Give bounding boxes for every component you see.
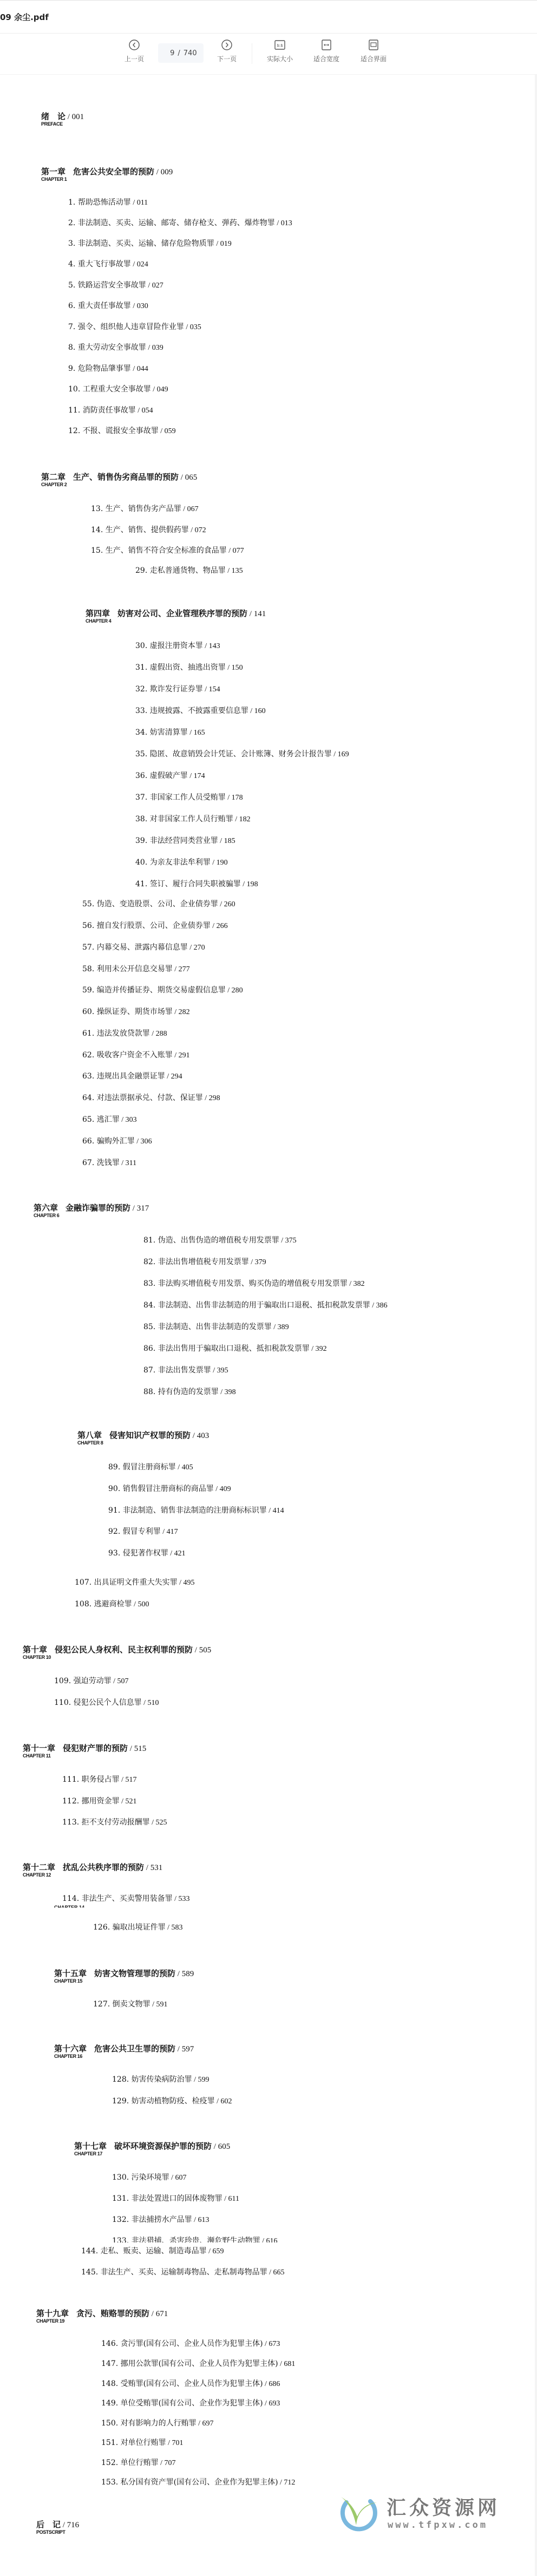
prev-page-label: 上一页 (125, 55, 144, 63)
toc-item[interactable]: 151. 对单位行贿罪 / 701 (101, 2437, 184, 2448)
item-title: 38. 对非国家工作人员行贿罪 (135, 815, 233, 823)
item-title: 111. 职务侵占罪 (62, 1775, 120, 1784)
toc-item[interactable]: 92. 假冒专利罪 / 417 (108, 1526, 178, 1537)
item-page: / 260 (218, 900, 235, 908)
item-title: 83. 非法购买增值税专用发票、购买伪造的增值税专用发票罪 (143, 1279, 348, 1288)
item-page: / 405 (176, 1463, 193, 1472)
item-title: 87. 非法出售发票罪 (143, 1366, 211, 1375)
item-title: 64. 对违法票据承兑、付款、保证罪 (82, 1094, 203, 1102)
item-title: 57. 内幕交易、泄露内幕信息罪 (82, 943, 188, 952)
toc-item[interactable]: 131. 非法处置进口的固体废物罪 / 611 (112, 2193, 239, 2204)
item-title: 88. 持有伪造的发票罪 (143, 1388, 219, 1396)
item-title: 4. 重大飞行事故罪 (68, 260, 131, 269)
watermark-name: 汇众资源网 (387, 2493, 500, 2520)
item-page: / 288 (150, 1030, 167, 1038)
toc-item[interactable]: 152. 单位行贿罪 / 707 (101, 2457, 176, 2468)
toc-item[interactable]: 1. 帮助恐怖活动罪 / 011 (68, 197, 148, 207)
item-page: / 182 (233, 815, 251, 823)
item-title: 55. 伪造、变造股票、公司、企业债券罪 (82, 900, 218, 908)
toc-item[interactable]: 87. 非法出售发票罪 / 395 (143, 1364, 228, 1375)
item-title: 58. 利用未公开信息交易罪 (82, 965, 173, 973)
toc-item[interactable]: 38. 对非国家工作人员行贿罪 / 182 (135, 813, 251, 824)
toc-item[interactable]: 15. 生产、销售不符合安全标准的食品罪 / 077 (91, 545, 244, 555)
chapter-title: 金融诈骗罪的预防 (66, 1203, 130, 1213)
watermark-logo-icon (335, 2489, 380, 2535)
chapter-title: 生产、销售伪劣商品罪的预防 (73, 472, 179, 482)
item-title: 12. 不报、谎报安全事故罪 (68, 427, 159, 435)
item-page: / 035 (184, 323, 201, 331)
toc-chapter-6[interactable]: 第六章金融诈骗罪的预防 / 317 CHAPTER 6 (34, 1202, 149, 1218)
item-page: / 712 (278, 2479, 296, 2487)
item-page: / 072 (189, 526, 206, 534)
toc-item[interactable]: 146. 贪污罪(国有公司、企业人员作为犯罪主体) / 673 (101, 2338, 280, 2349)
item-page: / 280 (226, 986, 243, 995)
toc-item[interactable]: 85. 非法制造、出售非法制造的发票罪 / 389 (143, 1321, 289, 1332)
item-page: / 019 (214, 240, 232, 248)
fit-page-label: 适合界面 (361, 55, 387, 63)
preface-en: PREFACE (41, 121, 84, 127)
toc-item[interactable]: 66. 骗购外汇罪 / 306 (82, 1135, 152, 1146)
toc-item[interactable]: 2. 非法制造、买卖、运输、邮寄、储存枪支、弹药、爆炸物罪 / 013 (68, 217, 292, 228)
item-title: 67. 洗钱罪 (82, 1159, 120, 1167)
item-title: 130. 污染环境罪 (112, 2173, 169, 2182)
item-title: 39. 非法经营同类营业罪 (135, 836, 218, 845)
item-page: / 392 (310, 1345, 327, 1353)
toc-item[interactable]: 107. 出具证明文件重大失实罪 / 495 (75, 1577, 195, 1587)
item-title: 15. 生产、销售不符合安全标准的食品罪 (91, 546, 227, 555)
item-title: 36. 虚假破产罪 (135, 772, 188, 780)
chapter-en: CHAPTER 10 (23, 1655, 211, 1660)
item-page: / 701 (166, 2439, 184, 2447)
item-page: / 611 (222, 2195, 239, 2203)
toc-item[interactable]: 126. 骗取出境证件罪 / 583 (93, 1921, 183, 1932)
item-title: 144. 走私、贩卖、运输、制造毒品罪 (81, 2247, 207, 2255)
item-page: / 409 (214, 1485, 231, 1493)
chapter-title: 妨害对公司、企业管理秩序罪的预防 (117, 609, 247, 618)
clipped-chapter-label: CHAPTER 14 (54, 1905, 84, 1910)
toc-item[interactable]: 37. 非国家工作人员受贿罪 / 178 (135, 792, 243, 802)
toc-item[interactable]: 91. 非法制造、销售非法制造的注册商标标识罪 / 414 (108, 1505, 284, 1515)
item-title: 81. 伪造、出售伪造的增值税专用发票罪 (143, 1236, 279, 1245)
toc-item[interactable]: 114. 非法生产、买卖警用装备罪 / 533 (62, 1893, 190, 1904)
item-page: / 517 (120, 1776, 137, 1784)
chapter-en: CHAPTER 2 (41, 482, 197, 487)
chapter-number: 第十七章 (74, 2141, 107, 2151)
fit-page-button[interactable]: 适合界面 (355, 39, 392, 71)
toc-item[interactable]: 82. 非法出售增值税专用发票罪 / 379 (143, 1256, 266, 1267)
toc-item[interactable]: 7. 强令、组织他人违章冒险作业罪 / 035 (68, 321, 201, 332)
fit-width-button[interactable]: 适合宽度 (307, 39, 345, 71)
item-page: / 417 (161, 1528, 178, 1536)
chapter-en: CHAPTER 11 (23, 1753, 146, 1758)
chapter-number: 第二章 (41, 472, 66, 482)
item-page: / 277 (173, 965, 190, 973)
toc-item[interactable]: 148. 受贿罪(国有公司、企业人员作为犯罪主体) / 686 (101, 2378, 280, 2389)
actual-size-icon: 1:1 (274, 39, 286, 51)
chapter-title: 危害公共安全罪的预防 (73, 167, 154, 176)
fit-page-icon (368, 39, 379, 51)
toc-chapter-16[interactable]: 第十六章危害公共卫生罪的预防 / 597 CHAPTER 16 (54, 2043, 194, 2059)
chapter-en: CHAPTER 15 (54, 1978, 194, 1984)
chapter-en: CHAPTER 8 (77, 1440, 209, 1446)
next-page-button[interactable]: 下一页 (208, 39, 246, 71)
next-page-label: 下一页 (217, 55, 237, 63)
item-page: / 507 (112, 1677, 129, 1685)
toc-item[interactable]: 109. 强迫劳动罪 / 507 (54, 1675, 129, 1686)
toc-item[interactable]: 132. 非法捕捞水产品罪 / 613 (112, 2214, 209, 2225)
toc-chapter-4[interactable]: 第四章妨害对公司、企业管理秩序罪的预防 / 141 CHAPTER 4 (86, 607, 266, 624)
page-separator: / (178, 49, 180, 57)
toc-item[interactable]: 41. 签订、履行合同失职被骗罪 / 198 (135, 878, 258, 889)
item-page: / 185 (218, 837, 235, 845)
toc-chapter-10[interactable]: 第十章侵犯公民人身权利、民主权利罪的预防 / 505 CHAPTER 10 (23, 1644, 211, 1660)
item-page: / 311 (120, 1159, 136, 1167)
item-title: 127. 倒卖文物罪 (93, 2000, 150, 2009)
chapter-en: CHAPTER 4 (86, 618, 266, 624)
chevron-left-circle-icon (128, 39, 140, 51)
chapter-page: / 403 (191, 1431, 209, 1440)
item-title: 8. 重大劳动安全事故罪 (68, 343, 146, 352)
toc-item[interactable]: 8. 重大劳动安全事故罪 / 039 (68, 342, 163, 352)
chapter-number: 第四章 (86, 609, 110, 618)
item-title: 113. 拒不支付劳动报酬罪 (62, 1818, 150, 1827)
item-page: / 613 (192, 2216, 209, 2224)
toc-item[interactable]: 5. 铁路运营安全事故罪 / 027 (68, 279, 163, 290)
chapter-page: / 505 (193, 1646, 211, 1655)
toc-item[interactable]: 55. 伪造、变造股票、公司、企业债券罪 / 260 (82, 898, 235, 909)
toc-item[interactable]: 61. 违法发放贷款罪 / 288 (82, 1028, 167, 1038)
toc-item[interactable]: 34. 妨害清算罪 / 165 (135, 727, 205, 737)
toc-chapter-8[interactable]: 第八章侵害知识产权罪的预防 / 403 CHAPTER 8 (77, 1429, 209, 1446)
toc-item[interactable]: 57. 内幕交易、泄露内幕信息罪 / 270 (82, 942, 205, 952)
item-page: / 525 (150, 1819, 167, 1827)
item-title: 66. 骗购外汇罪 (82, 1137, 135, 1146)
chapter-title: 侵犯财产罪的预防 (63, 1743, 128, 1753)
toc-item[interactable]: 110. 侵犯公民个人信息罪 / 510 (54, 1697, 159, 1708)
toc-item[interactable]: 113. 拒不支付劳动报酬罪 / 525 (62, 1816, 167, 1827)
item-title: 148. 受贿罪(国有公司、企业人员作为犯罪主体) (101, 2379, 263, 2388)
item-page: / 616 (260, 2237, 278, 2245)
toc-item[interactable]: 13. 生产、销售伪劣产品罪 / 067 (91, 503, 199, 514)
item-title: 107. 出具证明文件重大失实罪 (75, 1578, 178, 1587)
item-page: / 054 (136, 407, 153, 415)
item-page: / 150 (226, 664, 243, 672)
item-page: / 500 (132, 1600, 149, 1609)
toc-chapter-1[interactable]: 第一章危害公共安全罪的预防 / 009 CHAPTER 1 (41, 166, 173, 182)
fit-width-icon (320, 39, 332, 51)
item-page: / 673 (263, 2340, 280, 2348)
toc-item[interactable]: 6. 重大责任事故罪 / 030 (68, 300, 148, 311)
item-title: 152. 单位行贿罪 (101, 2459, 159, 2467)
item-page: / 398 (219, 1388, 236, 1396)
toc-item[interactable]: 3. 非法制造、买卖、运输、储存危险物质罪 / 019 (68, 238, 232, 249)
chapter-en: CHAPTER 17 (74, 2151, 230, 2156)
toc-item[interactable]: 88. 持有伪造的发票罪 / 398 (143, 1386, 236, 1397)
item-title: 41. 签订、履行合同失职被骗罪 (135, 880, 241, 888)
item-title: 14. 生产、销售、提供假药罪 (91, 526, 189, 534)
toc-item[interactable]: 29. 走私普通货物、物品罪 / 135 (135, 565, 243, 576)
page-number-input[interactable] (165, 49, 174, 57)
preface-page: / 001 (66, 113, 84, 121)
item-page: / 607 (169, 2174, 187, 2182)
chapter-page: / 009 (154, 168, 173, 176)
item-page: / 686 (263, 2380, 280, 2388)
item-title: 34. 妨害清算罪 (135, 728, 188, 737)
watermark: 汇众资源网 www.tfpxw.com (335, 2489, 513, 2538)
item-title: 82. 非法出售增值税专用发票罪 (143, 1258, 249, 1266)
toc-item[interactable]: 111. 职务侵占罪 / 517 (62, 1774, 137, 1784)
chapter-title: 侵害知识产权罪的预防 (109, 1430, 191, 1440)
item-title: 63. 违规出具金融票证罪 (82, 1072, 165, 1081)
item-page: / 303 (120, 1116, 137, 1124)
item-page: / 049 (151, 385, 168, 394)
item-page: / 294 (165, 1073, 182, 1081)
toc-item[interactable]: 84. 非法制造、出售非法制造的用于骗取出口退税、抵扣税款发票罪 / 386 (143, 1299, 388, 1310)
item-page: / 291 (173, 1051, 190, 1060)
toc-item[interactable]: 56. 擅自发行股票、公司、企业债券罪 / 266 (82, 920, 228, 931)
item-title: 93. 侵犯著作权罪 (108, 1549, 168, 1558)
chapter-en: CHAPTER 16 (54, 2054, 194, 2059)
item-title: 2. 非法制造、买卖、运输、邮寄、储存枪支、弹药、爆炸物罪 (68, 219, 275, 227)
toc-item[interactable]: 130. 污染环境罪 / 607 (112, 2172, 187, 2182)
chapter-title: 危害公共卫生罪的预防 (94, 2044, 175, 2054)
item-title: 65. 逃汇罪 (82, 1115, 120, 1124)
toc-item[interactable]: 30. 虚报注册资本罪 / 143 (135, 640, 220, 651)
toc-item[interactable]: 63. 违规出具金融票证罪 / 294 (82, 1070, 182, 1081)
item-page: / 697 (197, 2420, 214, 2428)
item-page: / 421 (168, 1549, 186, 1558)
item-page: / 077 (227, 547, 244, 555)
item-title: 10. 工程重大安全事故罪 (68, 385, 151, 394)
toc-item[interactable]: 36. 虚假破产罪 / 174 (135, 770, 205, 781)
chapter-page: / 065 (179, 473, 197, 482)
preface-title: 绪 论 (41, 112, 66, 121)
chapter-number: 第十一章 (23, 1743, 55, 1753)
item-title: 13. 生产、销售伪劣产品罪 (91, 505, 181, 513)
chapter-en: CHAPTER 6 (34, 1213, 149, 1218)
item-page: / 160 (248, 707, 266, 715)
scrollbar-track[interactable] (535, 75, 537, 2576)
item-title: 86. 非法出售用于骗取出口退税、抵扣税款发票罪 (143, 1344, 310, 1353)
item-title: 112. 挪用资金罪 (62, 1797, 120, 1806)
fit-width-label: 适合宽度 (313, 55, 339, 63)
item-page: / 169 (332, 750, 349, 759)
toc-item[interactable]: 149. 单位受贿罪(国有公司、企业作为犯罪主体) / 693 (101, 2397, 280, 2408)
chapter-page: / 589 (175, 1970, 194, 1978)
item-page: / 375 (279, 1237, 297, 1245)
toc-item[interactable]: 11. 消防责任事故罪 / 054 (68, 404, 153, 415)
toc-item[interactable]: 60. 操纵证券、期货市场罪 / 282 (82, 1006, 190, 1017)
item-title: 62. 吸收客户资金不入账罪 (82, 1051, 173, 1060)
actual-size-button[interactable]: 1:1 实际大小 (261, 39, 299, 71)
chapter-title: 贪污、贿赂罪的预防 (76, 2309, 149, 2318)
toc-item[interactable]: 83. 非法购买增值税专用发票、购买伪造的增值税专用发票罪 / 382 (143, 1278, 365, 1289)
item-page: / 665 (267, 2268, 285, 2277)
item-page: / 039 (146, 344, 163, 352)
item-title: 132. 非法捕捞水产品罪 (112, 2215, 192, 2224)
item-title: 29. 走私普通货物、物品罪 (135, 566, 226, 575)
item-title: 32. 欺诈发行证券罪 (135, 685, 203, 694)
item-page: / 013 (275, 219, 292, 227)
item-page: / 024 (131, 260, 148, 269)
item-title: 37. 非国家工作人员受贿罪 (135, 793, 226, 802)
toc-item[interactable]: 10. 工程重大安全事故罪 / 049 (68, 383, 168, 394)
toc-item[interactable]: 62. 吸收客户资金不入账罪 / 291 (82, 1049, 190, 1060)
item-title: 133. 非法猎捕、杀害珍贵、濒危野生动物罪 (112, 2237, 260, 2245)
item-page: / 178 (226, 794, 243, 802)
item-title: 61. 违法发放贷款罪 (82, 1029, 150, 1038)
toc-item[interactable]: 112. 挪用资金罪 / 521 (62, 1795, 137, 1806)
item-title: 40. 为亲友非法牟利罪 (135, 858, 211, 867)
toc-item[interactable]: 40. 为亲友非法牟利罪 / 190 (135, 857, 228, 867)
item-title: 35. 隐匿、故意销毁会计凭证、会计账簿、财务会计报告罪 (135, 750, 332, 759)
toc-chapter-19[interactable]: 第十九章贪污、贿赂罪的预防 / 671 CHAPTER 19 (36, 2307, 168, 2324)
item-title: 128. 妨害传染病防治罪 (112, 2075, 192, 2084)
item-page: / 707 (159, 2459, 176, 2467)
item-title: 114. 非法生产、买卖警用装备罪 (62, 1894, 173, 1903)
item-page: / 143 (203, 642, 220, 650)
chapter-page: / 317 (130, 1204, 149, 1213)
chapter-page: / 141 (247, 610, 266, 618)
chapter-number: 第一章 (41, 167, 66, 176)
item-page: / 389 (272, 1323, 289, 1331)
item-title: 91. 非法制造、销售非法制造的注册商标标识罪 (108, 1506, 267, 1515)
actual-size-label: 实际大小 (267, 55, 293, 63)
toc-item[interactable]: 39. 非法经营同类营业罪 / 185 (135, 835, 235, 846)
toc-item[interactable]: 64. 对违法票据承兑、付款、保证罪 / 298 (82, 1092, 220, 1103)
toc-item[interactable]: 4. 重大飞行事故罪 / 024 (68, 258, 148, 269)
toc-item[interactable]: 14. 生产、销售、提供假药罪 / 072 (91, 524, 206, 535)
item-page: / 591 (150, 2000, 168, 2009)
item-page: / 495 (178, 1579, 195, 1587)
item-page: / 067 (181, 505, 199, 513)
toc-item[interactable]: 145. 非法生产、买卖、运输制毒物品、走私制毒物品罪 / 665 (81, 2266, 285, 2277)
item-page: / 165 (188, 729, 205, 737)
item-title: 85. 非法制造、出售非法制造的发票罪 (143, 1323, 272, 1331)
toc-item[interactable]: 108. 逃避商检罪 / 500 (75, 1598, 149, 1609)
pdf-toolbar: 上一页 / 740 下一页 1:1 实际大小 适合宽度 适合界面 (0, 34, 537, 75)
item-title: 5. 铁路运营安全事故罪 (68, 281, 146, 290)
toc-chapter-12[interactable]: 第十二章扰乱公共秩序罪的预防 / 531 CHAPTER 12 (23, 1861, 162, 1878)
item-title: 153. 私分国有资产罪(国有公司、企业作为犯罪主体) (101, 2478, 278, 2487)
item-title: 59. 编造并传播证券、期货交易虚假信息罪 (82, 986, 226, 995)
toc-item[interactable]: 31. 虚假出资、抽逃出资罪 / 150 (135, 662, 243, 672)
item-page: / 379 (249, 1258, 266, 1266)
toc-chapter-2[interactable]: 第二章生产、销售伪劣商品罪的预防 / 065 CHAPTER 2 (41, 471, 197, 487)
chapter-en: CHAPTER 19 (36, 2318, 168, 2324)
toc-item[interactable]: 150. 对有影响力的人行贿罪 / 697 (101, 2417, 214, 2428)
chapter-page: / 605 (212, 2142, 230, 2151)
chapter-page: / 531 (144, 1864, 162, 1872)
item-title: 11. 消防责任事故罪 (68, 406, 136, 415)
toc-item[interactable]: 144. 走私、贩卖、运输、制造毒品罪 / 659 (81, 2245, 224, 2256)
chapter-title: 扰乱公共秩序罪的预防 (63, 1862, 144, 1872)
toc-item[interactable]: 133. 非法猎捕、杀害珍贵、濒危野生动物罪 / 616 (112, 2235, 278, 2246)
toc-postscript[interactable]: 后 记 / 716 POSTSCRIPT (36, 2519, 79, 2535)
watermark-url: www.tfpxw.com (388, 2520, 488, 2531)
toc-item[interactable]: 9. 危险物品肇事罪 / 044 (68, 363, 148, 374)
page-indicator: / 740 (158, 43, 204, 63)
item-page: / 306 (135, 1137, 152, 1146)
item-page: / 059 (159, 427, 176, 435)
chapter-number: 第十六章 (54, 2044, 87, 2054)
chapter-page: / 671 (149, 2310, 168, 2318)
toc-item[interactable]: 67. 洗钱罪 / 311 (82, 1157, 136, 1168)
item-page: / 198 (241, 880, 258, 888)
postscript-en: POSTSCRIPT (36, 2529, 79, 2535)
toc-item[interactable]: 33. 违规披露、不披露重要信息罪 / 160 (135, 705, 266, 716)
item-title: 145. 非法生产、买卖、运输制毒物品、走私制毒物品罪 (81, 2268, 267, 2277)
chapter-number: 第十九章 (36, 2309, 69, 2318)
toc-chapter-17[interactable]: 第十七章破坏环境资源保护罪的预防 / 605 CHAPTER 17 (74, 2140, 230, 2156)
item-title: 126. 骗取出境证件罪 (93, 1923, 166, 1932)
item-page: / 174 (188, 772, 205, 780)
chapter-page: / 597 (175, 2045, 194, 2054)
chapter-en: CHAPTER 12 (23, 1872, 162, 1878)
toc-item[interactable]: 93. 侵犯著作权罪 / 421 (108, 1547, 186, 1558)
item-title: 1. 帮助恐怖活动罪 (68, 198, 131, 207)
item-title: 108. 逃避商检罪 (75, 1600, 132, 1609)
item-page: / 602 (215, 2097, 232, 2106)
item-title: 3. 非法制造、买卖、运输、储存危险物质罪 (68, 239, 214, 248)
item-page: / 599 (192, 2076, 209, 2084)
item-title: 131. 非法处置进口的固体废物罪 (112, 2194, 222, 2203)
toc-preface[interactable]: 绪 论 / 001 PREFACE (41, 110, 84, 127)
item-title: 9. 危险物品肇事罪 (68, 364, 131, 373)
toolbar-divider (252, 43, 252, 64)
prev-page-button[interactable]: 上一页 (115, 39, 153, 71)
item-page: / 154 (203, 685, 220, 694)
toc-chapter-15[interactable]: 第十五章妨害文物管理罪的预防 / 589 CHAPTER 15 (54, 1967, 194, 1984)
chapter-number: 第十五章 (54, 1969, 87, 1978)
toc-item[interactable]: 127. 倒卖文物罪 / 591 (93, 1998, 168, 2009)
toc-item[interactable]: 147. 挪用公款罪(国有公司、企业人员作为犯罪主体) / 681 (101, 2358, 295, 2369)
toc-item[interactable]: 89. 假冒注册商标罪 / 405 (108, 1461, 193, 1472)
item-page: / 382 (348, 1280, 365, 1288)
item-page: / 298 (203, 1094, 220, 1102)
title-bar: 09 余尘.pdf (0, 0, 537, 34)
item-page: / 266 (211, 922, 228, 930)
postscript-title: 后 记 (36, 2520, 61, 2529)
item-title: 147. 挪用公款罪(国有公司、企业人员作为犯罪主体) (101, 2359, 278, 2368)
item-title: 129. 妨害动植物防疫、检疫罪 (112, 2097, 215, 2106)
toc-item[interactable]: 129. 妨害动植物防疫、检疫罪 / 602 (112, 2095, 232, 2106)
item-page: / 510 (142, 1699, 159, 1707)
toc-item[interactable]: 59. 编造并传播证券、期货交易虚假信息罪 / 280 (82, 984, 243, 995)
item-title: 109. 强迫劳动罪 (54, 1677, 112, 1685)
item-title: 146. 贪污罪(国有公司、企业人员作为犯罪主体) (101, 2339, 263, 2348)
toc-item[interactable]: 65. 逃汇罪 / 303 (82, 1114, 137, 1124)
toc-item[interactable]: 32. 欺诈发行证券罪 / 154 (135, 683, 220, 694)
toc-item[interactable]: 90. 销售假冒注册商标的商品罪 / 409 (108, 1483, 231, 1494)
toc-item[interactable]: 12. 不报、谎报安全事故罪 / 059 (68, 425, 176, 436)
toc-item[interactable]: 35. 隐匿、故意销毁会计凭证、会计账簿、财务会计报告罪 / 169 (135, 748, 349, 759)
toc-item[interactable]: 86. 非法出售用于骗取出口退税、抵扣税款发票罪 / 392 (143, 1343, 327, 1354)
toc-item[interactable]: 81. 伪造、出售伪造的增值税专用发票罪 / 375 (143, 1234, 297, 1245)
item-title: 31. 虚假出资、抽逃出资罪 (135, 663, 226, 672)
item-title: 7. 强令、组织他人违章冒险作业罪 (68, 323, 184, 331)
toc-chapter-11[interactable]: 第十一章侵犯财产罪的预防 / 515 CHAPTER 11 (23, 1742, 146, 1758)
chapter-number: 第十章 (23, 1645, 47, 1655)
item-page: / 282 (173, 1008, 190, 1016)
item-title: 89. 假冒注册商标罪 (108, 1463, 176, 1472)
toc-item[interactable]: 153. 私分国有资产罪(国有公司、企业作为犯罪主体) / 712 (101, 2476, 295, 2487)
item-page: / 395 (211, 1367, 228, 1375)
toc-item[interactable]: 58. 利用未公开信息交易罪 / 277 (82, 963, 190, 974)
toc-item[interactable]: 128. 妨害传染病防治罪 / 599 (112, 2074, 209, 2084)
postscript-page: / 716 (61, 2521, 79, 2529)
item-page: / 414 (267, 1507, 284, 1515)
